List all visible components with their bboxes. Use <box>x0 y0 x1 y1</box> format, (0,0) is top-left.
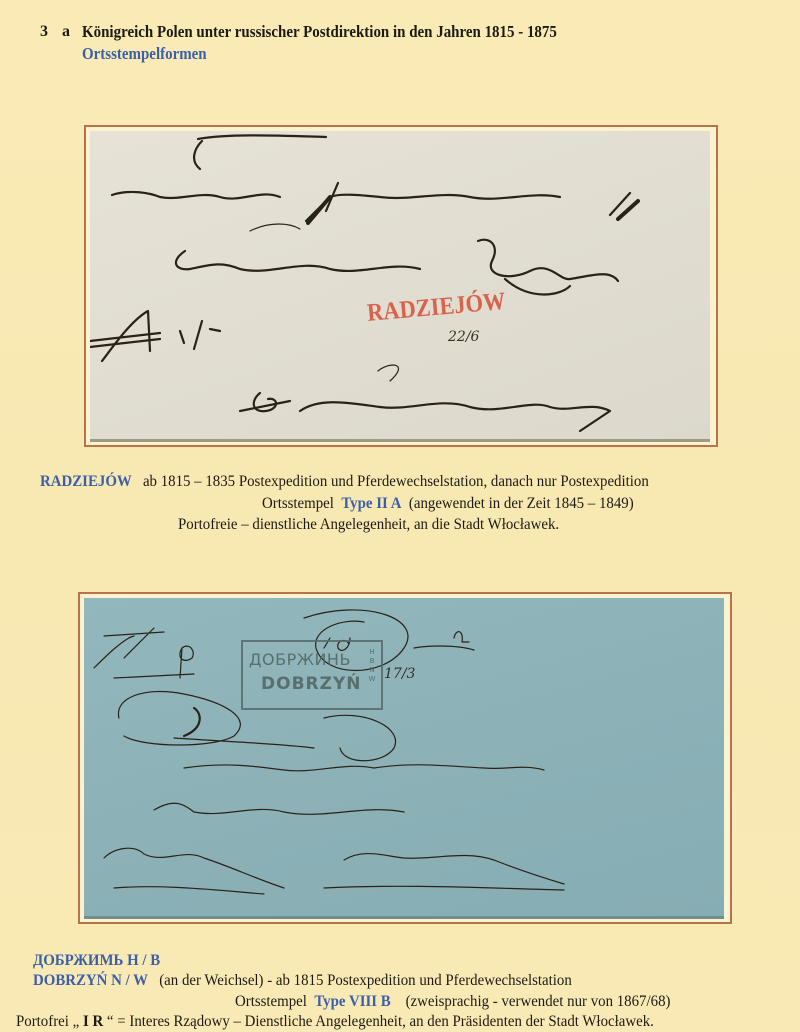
date-note-2: 17/3 <box>384 666 415 682</box>
page-subtitle: Ortsstempelformen <box>82 44 207 64</box>
portofrei-explanation: “ = Interes Rządowy – Dienstliche Angele… <box>107 1013 654 1030</box>
section-letter: a <box>62 23 70 41</box>
date-note-1: 22/6 <box>448 329 479 345</box>
caption-2-line-3: Portofrei „ I R “ = Interes Rządowy – Di… <box>16 1013 654 1031</box>
ir-abbreviation: I R <box>79 1013 107 1030</box>
caption-2-line-1: DOBRZYŃ N / W (an der Weichsel) - ab 181… <box>33 972 572 990</box>
cover-image-radziejow: RADZIEJÓW 22/6 <box>90 131 710 442</box>
postmark-cyrillic: ДОБРЖИНЬ <box>249 650 351 669</box>
usage-period: (zweisprachig - verwendet nur von 1867/6… <box>406 993 671 1010</box>
handwriting-address <box>84 598 724 916</box>
caption-1-line-2: Ortsstempel Type II A (angewendet in der… <box>262 495 634 513</box>
section-number: 3 <box>40 23 48 41</box>
ortsstempel-label: Ortsstempel <box>262 495 334 512</box>
caption-2-line-2: Ortsstempel Type VIII B (zweisprachig - … <box>235 993 670 1011</box>
portofrei-label: Portofrei „ <box>16 1013 79 1030</box>
stamp-type-8b: Type VIII B <box>314 993 390 1010</box>
usage-period: (angewendet in der Zeit 1845 – 1849) <box>409 495 634 512</box>
caption-2-text: (an der Weichsel) - ab 1815 Postexpediti… <box>159 972 572 989</box>
postmark-side-text: НВNW <box>368 648 376 684</box>
caption-1-line-1: RADZIEJÓW ab 1815 – 1835 Postexpedition … <box>40 473 649 491</box>
place-name-radziejow: RADZIEJÓW <box>40 473 132 490</box>
place-name-cyrillic: ДОБРЖИМЬ Н / В <box>33 952 160 969</box>
caption-1-text: ab 1815 – 1835 Postexpedition und Pferde… <box>143 473 649 490</box>
cover-image-dobrzyn: ДОБРЖИНЬ DOBRZYŃ НВNW 17/3 <box>84 598 724 919</box>
handwriting-address <box>90 131 710 439</box>
place-name-dobrzyn: DOBRZYŃ N / W <box>33 972 148 989</box>
stamp-type-2a: Type II A <box>341 495 401 512</box>
postmark-latin: DOBRZYŃ <box>261 674 361 694</box>
caption-2-line-cyrillic: ДОБРЖИМЬ Н / В <box>33 952 160 970</box>
ortsstempel-label: Ortsstempel <box>235 993 307 1010</box>
caption-1-line-3: Portofreie – dienstliche Angelegenheit, … <box>178 516 559 534</box>
page-title: Königreich Polen unter russischer Postdi… <box>82 22 557 42</box>
postmark-dobrzyn-boxed: ДОБРЖИНЬ DOBRZYŃ НВNW <box>241 640 383 710</box>
